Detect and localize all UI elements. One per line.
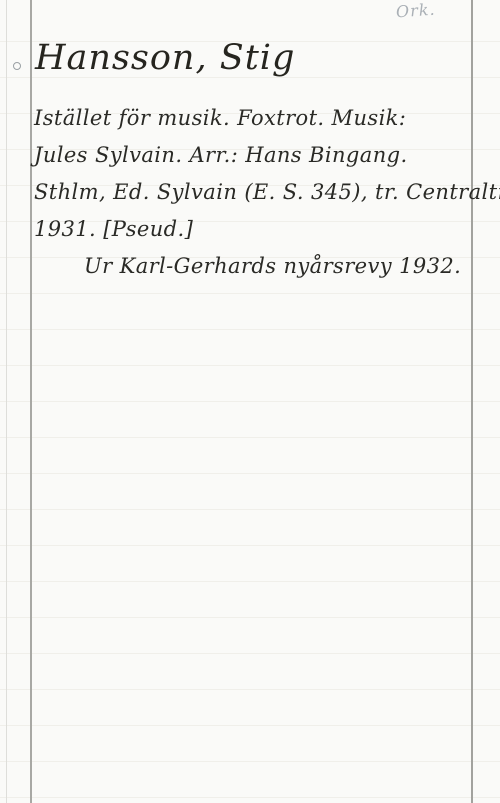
card-text-line-2: Jules Sylvain. Arr.: Hans Bingang.: [34, 137, 466, 174]
corner-annotation: Ork.: [395, 0, 436, 21]
card-text-line-1: Istället för musik. Foxtrot. Musik:: [34, 100, 466, 137]
left-edge-line: [6, 0, 7, 803]
catalog-card: Ork. Hansson, Stig Istället för musik. F…: [0, 0, 500, 803]
card-text-line-3: Sthlm, Ed. Sylvain (E. S. 345), tr. Cent…: [34, 174, 466, 211]
card-text-line-4: 1931. [Pseud.]: [34, 211, 466, 248]
card-heading: Hansson, Stig: [35, 38, 295, 78]
left-margin-line: [30, 0, 32, 803]
card-body: Istället för musik. Foxtrot. Musik: Jule…: [34, 100, 466, 285]
card-note-line: Ur Karl-Gerhards nyårsrevy 1932.: [84, 248, 466, 285]
right-margin-line: [471, 0, 473, 803]
margin-circle-icon: [13, 62, 21, 70]
